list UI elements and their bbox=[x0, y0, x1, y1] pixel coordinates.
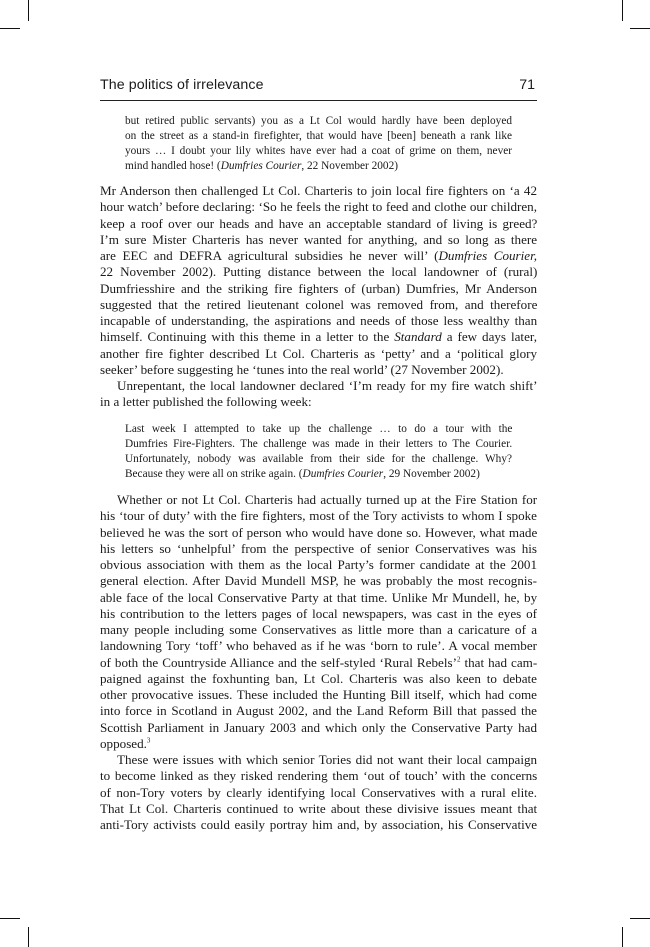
text-line: another fire fighter described Lt Col. C… bbox=[100, 346, 537, 362]
text-line: Scottish Parliament in January 2003 and … bbox=[100, 720, 537, 736]
crop-mark-top-right-vertical bbox=[622, 0, 623, 21]
text-line: suggested that the retired lieutenant co… bbox=[100, 297, 537, 313]
quote-line: Last week I attempted to take up the cha… bbox=[125, 422, 512, 437]
text-line: landowning Tory ‘toff’ who behaved as if… bbox=[100, 638, 537, 654]
text-line: to become linked as they risked renderin… bbox=[100, 768, 537, 784]
quote-line: on the street as a stand-in firefighter,… bbox=[125, 129, 512, 144]
text-line: seeker’ before suggesting he ‘tunes into… bbox=[100, 362, 537, 378]
text-line: These were issues with which senior Tori… bbox=[100, 752, 537, 768]
crop-mark-bottom-right-horizontal bbox=[630, 918, 650, 919]
quote-line: Dumfries Fire-Fighters. The challenge wa… bbox=[125, 437, 512, 452]
text-line: 22 November 2002). Putting distance betw… bbox=[100, 264, 537, 280]
text-line: Whether or not Lt Col. Charteris had act… bbox=[100, 492, 537, 508]
quote-line: Because they were all on strike again. (… bbox=[125, 467, 512, 482]
paragraph-3: Whether or not Lt Col. Charteris had act… bbox=[100, 492, 537, 833]
text-line: of non-Tory voters by clearly identifyin… bbox=[100, 785, 537, 801]
text-line: obvious association with them as the loc… bbox=[100, 557, 537, 573]
paragraph-1: Mr Anderson then challenged Lt Col. Char… bbox=[100, 183, 537, 411]
text-line: opposed.3 bbox=[100, 736, 537, 752]
text-line: are EEC and DEFRA agricultural subsidies… bbox=[100, 248, 537, 264]
block-quote-2: Last week I attempted to take up the cha… bbox=[125, 422, 512, 482]
footnote-marker-3[interactable]: 3 bbox=[147, 736, 151, 744]
text-line: his contribution to the letters pages of… bbox=[100, 606, 537, 622]
text-line: hour watch’ before declaring: ‘So he fee… bbox=[100, 199, 537, 215]
source-citation: Dumfries Courier bbox=[303, 468, 384, 480]
source-citation: Dumfries Courier, bbox=[438, 248, 537, 263]
quote-line: yours … I doubt your lily whites have ev… bbox=[125, 144, 512, 159]
crop-mark-top-right-horizontal bbox=[630, 28, 650, 29]
text-line: able face of the local Conservative Part… bbox=[100, 590, 537, 606]
source-citation: Dumfries Courier bbox=[221, 160, 302, 172]
text-line: his letters so ‘unhelpful’ from the pers… bbox=[100, 541, 537, 557]
text-line: general election. After David Mundell MS… bbox=[100, 573, 537, 589]
text-line: many people including some Conservatives… bbox=[100, 622, 537, 638]
crop-mark-bottom-left-vertical bbox=[28, 927, 29, 947]
text-line: of both the Countryside Alliance and the… bbox=[100, 655, 537, 671]
block-quote-1: but retired public servants) you as a Lt… bbox=[125, 114, 512, 174]
newspaper-name: Standard bbox=[394, 329, 442, 344]
text-line: his ‘tour of duty’ with the fire fighter… bbox=[100, 508, 537, 524]
text-line: keep a roof over our heads and have an a… bbox=[100, 216, 537, 232]
text-line: I’m sure Mister Charteris has never want… bbox=[100, 232, 537, 248]
header-rule bbox=[100, 100, 537, 101]
crop-mark-top-left-vertical bbox=[28, 0, 29, 21]
text-line: himself. Continuing with this theme in a… bbox=[100, 329, 537, 345]
crop-mark-top-left-horizontal bbox=[0, 28, 20, 29]
text-line: Mr Anderson then challenged Lt Col. Char… bbox=[100, 183, 537, 199]
text-line: That Lt Col. Charteris continued to writ… bbox=[100, 801, 537, 817]
crop-mark-bottom-right-vertical bbox=[622, 927, 623, 947]
text-line: paigned against the foxhunting ban, Lt C… bbox=[100, 671, 537, 687]
text-line: into force in Scotland in August 2002, a… bbox=[100, 703, 537, 719]
page-number: 71 bbox=[519, 77, 535, 93]
text-line: incapable of understanding, the aspirati… bbox=[100, 313, 537, 329]
running-header: The politics of irrelevance 71 bbox=[100, 77, 537, 99]
quote-line: Unfortunately, nobody was available from… bbox=[125, 452, 512, 467]
crop-mark-bottom-left-horizontal bbox=[0, 918, 20, 919]
quote-line: but retired public servants) you as a Lt… bbox=[125, 114, 512, 129]
text-line: Dumfriesshire and the striking fire figh… bbox=[100, 281, 537, 297]
quote-line: mind handled hose! (Dumfries Courier, 22… bbox=[125, 159, 512, 174]
text-line: other provocative issues. These included… bbox=[100, 687, 537, 703]
text-line: anti-Tory activists could easily portray… bbox=[100, 817, 537, 833]
text-line: Unrepentant, the local landowner declare… bbox=[100, 378, 537, 394]
text-line: believed he was the sort of person who w… bbox=[100, 525, 537, 541]
text-line: in a letter published the following week… bbox=[100, 394, 537, 410]
running-title: The politics of irrelevance bbox=[100, 77, 264, 93]
